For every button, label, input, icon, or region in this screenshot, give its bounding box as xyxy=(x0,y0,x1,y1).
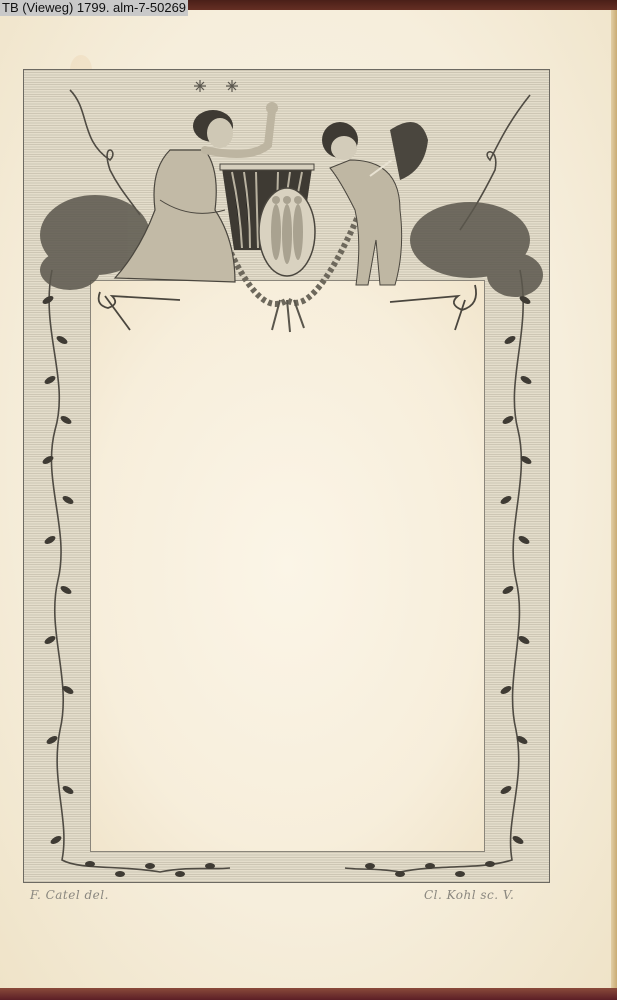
credit-artist: F. Catel del. xyxy=(30,888,109,902)
two-stars-icon xyxy=(194,80,238,92)
credit-engraver: Cl. Kohl sc. V. xyxy=(424,888,514,902)
top-vignette xyxy=(0,0,617,1000)
three-graces-cameo xyxy=(259,188,315,276)
winged-cupid xyxy=(322,122,428,285)
catalog-label: TB (Vieweg) 1799. alm-7-50269 xyxy=(0,0,188,16)
foliage-right xyxy=(410,202,543,297)
